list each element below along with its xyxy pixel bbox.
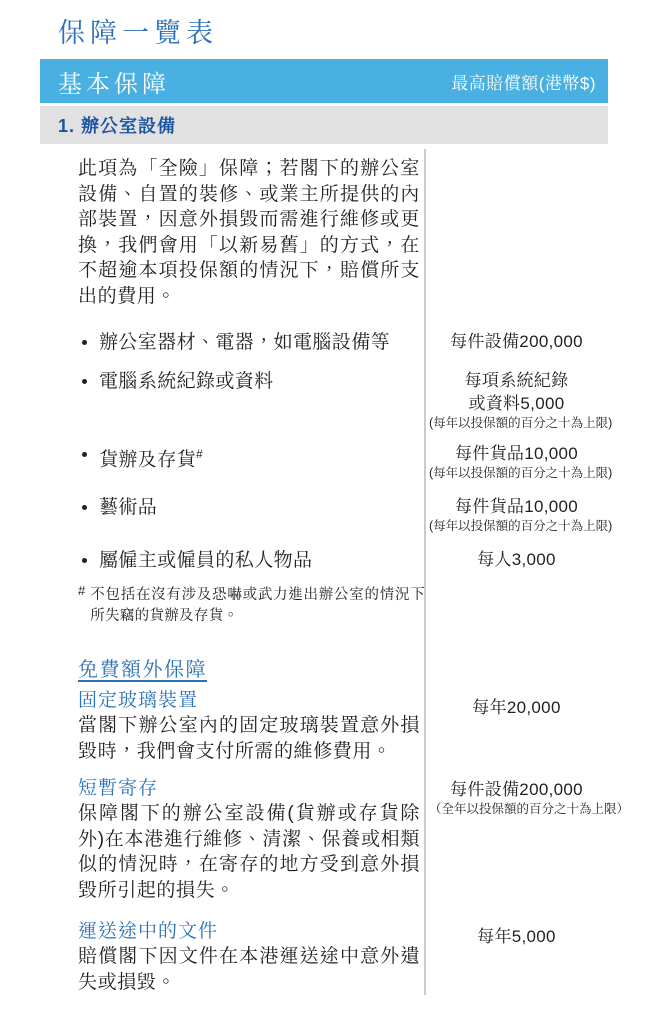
benefit-amount-note: （全年以投保額的百分之十為上限）: [429, 801, 604, 818]
column-divider: [424, 149, 426, 995]
bullet-icon: [82, 558, 87, 563]
benefit-amount: 每件設備200,000: [429, 778, 604, 801]
bullet-icon: [82, 340, 87, 345]
item-1-description: 此項為「全險」保障；若閣下的辦公室設備、自置的裝修、或業主所提供的內部裝置，因意…: [78, 156, 420, 309]
benefit-row-documents-in-transit: 運送途中的文件 賠償閣下因文件在本港運送途中意外遺失或損毀。 每年5,000: [40, 919, 608, 995]
coverage-amount-note: (每年以投保額的百分之十為上限): [429, 415, 604, 432]
benefit-row-fixed-glass: 固定玻璃裝置 當閣下辦公室內的固定玻璃裝置意外損毀時，我們會支付所需的維修費用。…: [40, 688, 608, 764]
benefit-title: 短暫寄存: [78, 776, 420, 801]
item-1-heading: 1. 辦公室設備: [58, 112, 176, 138]
coverage-row-computer-records: 電腦系統紀錄或資料 每項系統紀錄 或資料5,000 (每年以投保額的百分之十為上…: [40, 369, 608, 432]
coverage-label: 辦公室器材、電器，如電腦設備等: [99, 330, 390, 356]
coverage-table: 此項為「全險」保障；若閣下的辦公室設備、自置的裝修、或業主所提供的內部裝置，因意…: [40, 144, 608, 1015]
coverage-label: 藝術品: [99, 495, 157, 521]
coverage-row-samples-stock: 貨辦及存貨# 每件貨品10,000 (每年以投保額的百分之十為上限): [40, 442, 608, 482]
coverage-label: 屬僱主或僱員的私人物品: [99, 548, 312, 574]
coverage-label: 電腦系統紀錄或資料: [99, 369, 274, 395]
coverage-amount: 每件貨品10,000: [429, 442, 604, 465]
page-title: 保障一覽表: [58, 11, 650, 50]
footnote: # 不包括在沒有涉及恐嚇或武力進出辦公室的情況下所失竊的貨辦及存貨。: [40, 585, 425, 627]
benefit-title: 固定玻璃裝置: [78, 688, 420, 713]
bullet-icon: [82, 379, 87, 384]
max-compensation-label: 最高賠償額(港幣$): [451, 69, 596, 94]
coverage-amount-note: (每年以投保額的百分之十為上限): [429, 465, 604, 482]
coverage-amount-note: (每年以投保額的百分之十為上限): [429, 518, 604, 535]
benefit-description: 保障閣下的辦公室設備(貨辦或存貨除外)在本港進行維修、清潔、保養或相類似的情況時…: [78, 801, 420, 903]
bullet-icon: [82, 505, 87, 510]
benefit-description: 當閣下辦公室內的固定玻璃裝置意外損毀時，我們會支付所需的維修費用。: [78, 713, 420, 764]
benefits-summary-page: 保障一覽表 基本保障 最高賠償額(港幣$) 1. 辦公室設備 此項為「全險」保障…: [0, 0, 650, 1015]
footnote-marker: #: [196, 447, 203, 461]
benefit-row-temporary-storage: 短暫寄存 保障閣下的辦公室設備(貨辦或存貨除外)在本港進行維修、清潔、保養或相類…: [40, 776, 608, 903]
coverage-amount-line1: 每項系統紀錄: [429, 369, 604, 392]
benefit-description: 賠償閣下因文件在本港運送途中意外遺失或損毀。: [78, 944, 420, 995]
item-1-header-bar: 1. 辦公室設備: [40, 106, 608, 144]
benefit-title: 運送途中的文件: [78, 919, 420, 944]
basic-coverage-header-bar: 基本保障 最高賠償額(港幣$): [40, 59, 608, 103]
intro-row: 此項為「全險」保障；若閣下的辦公室設備、自置的裝修、或業主所提供的內部裝置，因意…: [40, 156, 608, 309]
coverage-amount: 每人3,000: [429, 548, 604, 571]
free-benefits-heading: 免費額外保障: [78, 653, 608, 682]
coverage-label: 貨辦及存貨#: [99, 442, 203, 473]
basic-coverage-title: 基本保障: [58, 64, 170, 99]
coverage-amount: 每件貨品10,000: [429, 495, 604, 518]
footnote-text: 不包括在沒有涉及恐嚇或武力進出辦公室的情況下所失竊的貨辦及存貨。: [90, 585, 425, 627]
coverage-row-office-equipment: 辦公室器材、電器，如電腦設備等 每件設備200,000: [40, 330, 608, 356]
coverage-row-personal-effects: 屬僱主或僱員的私人物品 每人3,000: [40, 548, 608, 574]
coverage-row-artwork: 藝術品 每件貨品10,000 (每年以投保額的百分之十為上限): [40, 495, 608, 535]
coverage-amount: 每件設備200,000: [429, 330, 604, 353]
coverage-amount-line2: 或資料5,000: [429, 392, 604, 415]
footnote-marker: #: [78, 583, 85, 625]
bullet-icon: [82, 452, 87, 457]
benefit-amount: 每年20,000: [429, 696, 604, 719]
benefit-amount: 每年5,000: [429, 925, 604, 948]
